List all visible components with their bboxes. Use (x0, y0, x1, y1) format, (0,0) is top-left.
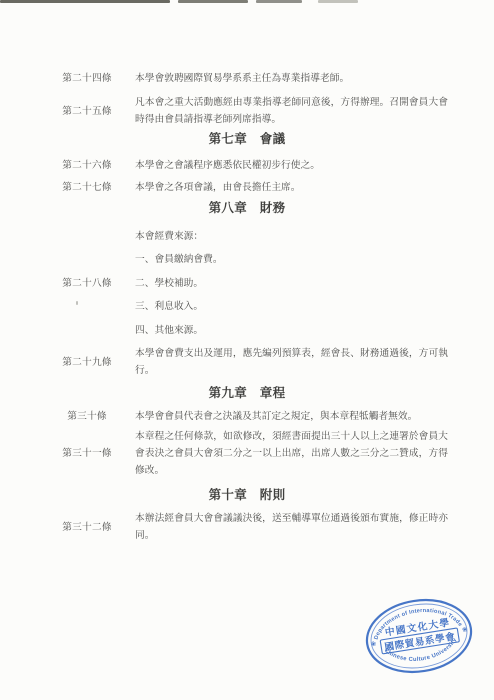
article-number: 第三十一條 (60, 445, 114, 462)
article-text: 本學會之會議程序應悉依民權初步行使之。 (135, 157, 448, 174)
article-text: 本學會之各項會議，由會長擔任主席。 (135, 179, 448, 196)
funding-source-item: 三、利息收入。 (135, 298, 448, 315)
cutoff-text-segment (178, 0, 248, 3)
article-number: 第二十九條 (60, 354, 114, 371)
article-number: 第二十八條 (60, 275, 114, 292)
article-text: 本章程之任何條款，如欲修改，須經書面提出三十人以上之連署於會員大會表決之會員大會… (135, 428, 448, 479)
funding-source-item: 四、其他來源。 (135, 322, 448, 339)
chapter-heading-10: 第十章 附則 (0, 488, 494, 503)
university-seal-stamp: Department of International Trade 中國文化大學… (360, 591, 478, 681)
scan-artifact (76, 301, 78, 305)
article-text: 本學會會員代表會之決議及其訂定之規定，與本章程牴觸者無效。 (135, 408, 448, 425)
article-text: 凡本會之重大活動應經由專業指導老師同意後，方得辦理。召開會員大會時得由會員請指導… (135, 94, 448, 128)
plum-blossom-icon: ❀ (370, 641, 376, 649)
chapter-heading-8: 第八章 財務 (0, 201, 494, 216)
article-row-27: 第二十七條 本學會之各項會議，由會長擔任主席。 (60, 179, 448, 196)
plum-blossom-icon: ❀ (462, 626, 468, 634)
article-text: 本學會敦聘國際貿易學系系主任為專業指導老師。 (135, 70, 448, 87)
article-number: 第三十二條 (60, 519, 114, 536)
cutoff-text-segment (256, 0, 302, 3)
article-number: 第二十四條 (60, 70, 114, 87)
article-number: 第二十六條 (60, 157, 114, 174)
article-row-29: 第二十九條 本學會會費支出及運用，應先編列預算表，經會長、財務通過後，方可執行。 (60, 345, 448, 379)
article-text: 本辦法經會員大會會議議決後，送至輔導單位通過後頒布實施，修正時亦同。 (135, 510, 448, 544)
article-number: 第二十五條 (60, 103, 114, 120)
funding-source-intro: 本會經費來源： (135, 228, 448, 245)
chapter-heading-9: 第九章 章程 (0, 386, 494, 401)
chapter-heading-7: 第七章 會議 (0, 132, 494, 147)
article-row-30: 第三十條 本學會會員代表會之決議及其訂定之規定，與本章程牴觸者無效。 (60, 408, 448, 425)
funding-source-item: 二、學校補助。 (135, 275, 448, 292)
cutoff-text-segment (0, 0, 170, 3)
article-number: 第三十條 (60, 408, 114, 425)
cutoff-text-segment (318, 0, 358, 3)
article-text: 本學會會費支出及運用，應先編列預算表，經會長、財務通過後，方可執行。 (135, 345, 448, 379)
article-row-31: 第三十一條 本章程之任何條款，如欲修改，須經書面提出三十人以上之連署於會員大會表… (60, 428, 448, 479)
article-row-26: 第二十六條 本學會之會議程序應悉依民權初步行使之。 (60, 157, 448, 174)
article-number: 第二十七條 (60, 179, 114, 196)
article-row-28: 第二十八條 本會經費來源： 一、會員繳納會費。 二、學校補助。 三、利息收入。 … (60, 228, 448, 339)
article-row-32: 第三十二條 本辦法經會員大會會議議決後，送至輔導單位通過後頒布實施，修正時亦同。 (60, 510, 448, 544)
article-row-24: 第二十四條 本學會敦聘國際貿易學系系主任為專業指導老師。 (60, 70, 448, 87)
article-row-25: 第二十五條 凡本會之重大活動應經由專業指導老師同意後，方得辦理。召開會員大會時得… (60, 94, 448, 128)
cutoff-text-artifact (0, 0, 494, 3)
funding-source-item: 一、會員繳納會費。 (135, 251, 448, 268)
scanned-bylaws-page: 第二十四條 本學會敦聘國際貿易學系系主任為專業指導老師。 第二十五條 凡本會之重… (0, 0, 494, 700)
